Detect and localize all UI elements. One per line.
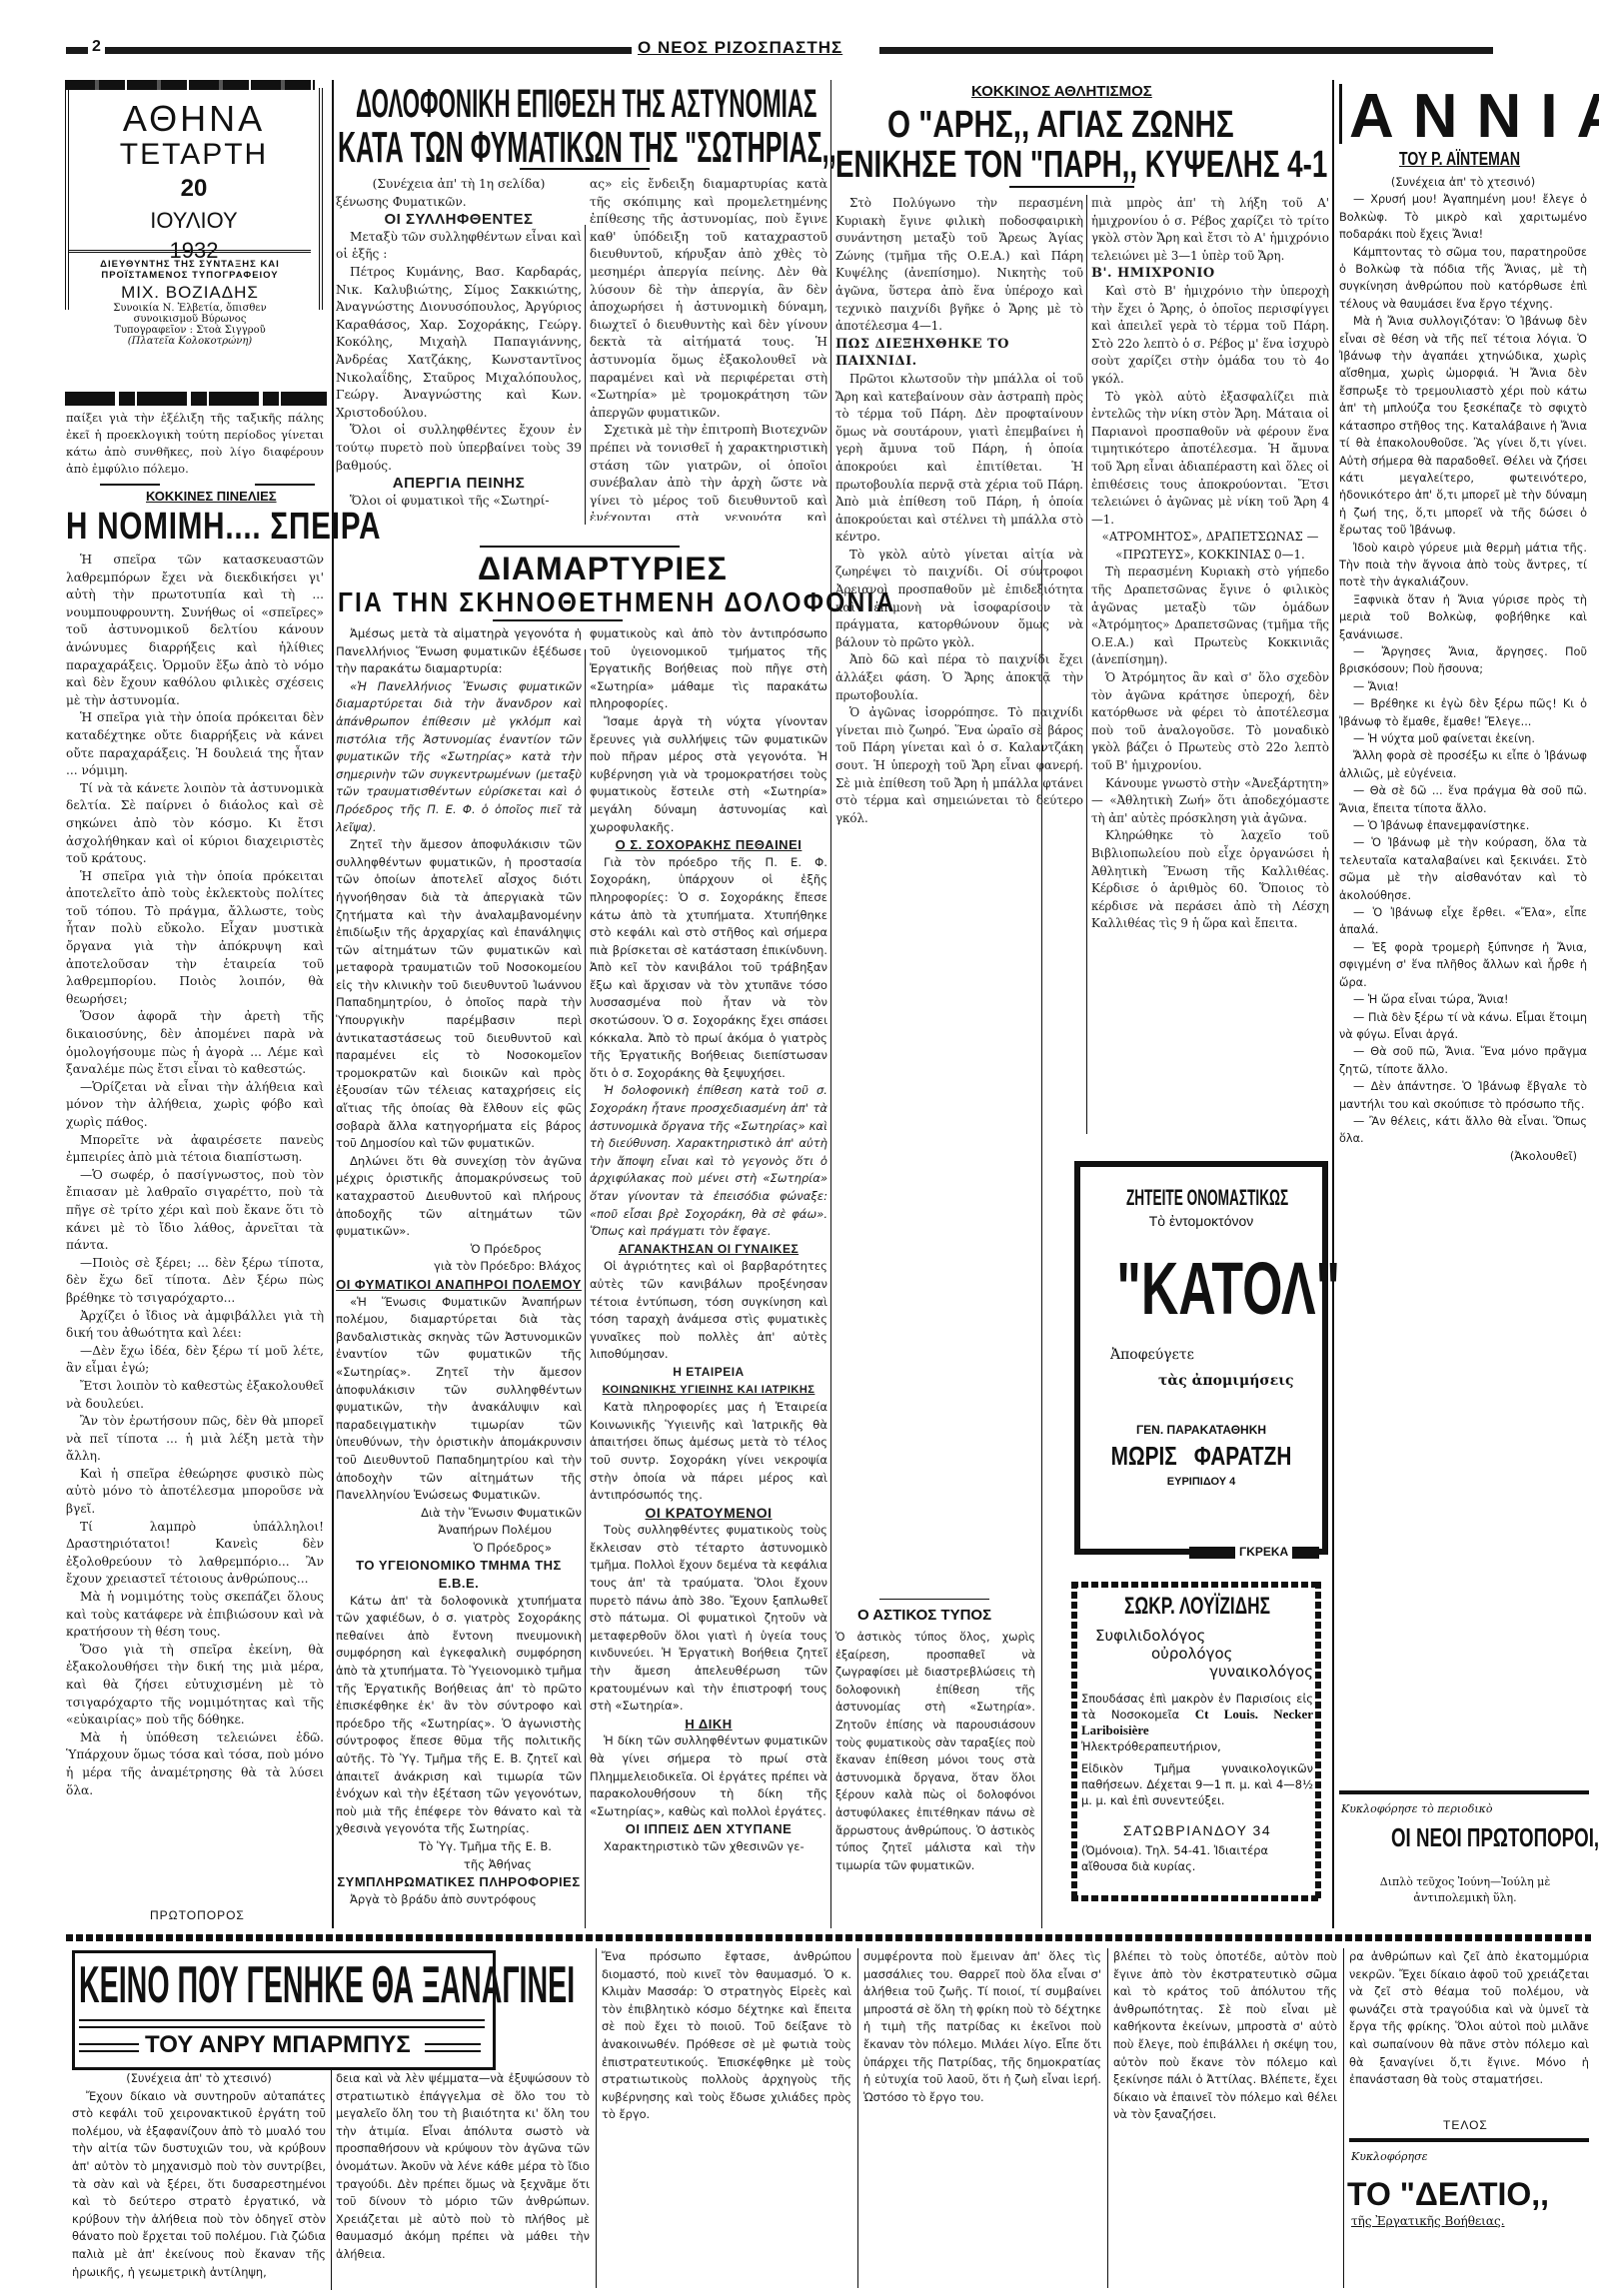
doctor-spec-3: γυναικολόγος — [1081, 1663, 1313, 1681]
police-para: ας» εἰς ἔνδειξη διαμαρτυρίας κατὰ τῆς σκ… — [590, 176, 827, 422]
veterans-signature: Διὰ τὴν Ἕνωσιν Φυματικῶν — [336, 1505, 582, 1523]
protest-headline-1: ΔΙΑΜΑΡΤΥΡΙΕΣ — [478, 553, 728, 584]
sports-para-match: «ΑΤΡΟΜΗΤΟΣ», ΔΡΑΠΕΤΣΩΝΑΣ — «ΠΡΩΤΕΥΣ», ΚΟ… — [1091, 529, 1329, 564]
doctor-ad-border-top — [1071, 1582, 1321, 1588]
info-para: Ἀργὰ τὸ βράδυ ἀπὸ συντρόφους — [336, 1891, 582, 1909]
left-signature: ΠΡΩΤΟΠΟΡΟΣ — [150, 1908, 245, 1922]
protest-col2: φυματικοὺς καὶ ἀπὸ τὸν ἀντιπρόσωπο τοῦ ὑ… — [590, 625, 827, 1929]
director-title-1: ΔΙΕΥΘΥΝΤΗΣ ΤΗΣ ΣΥΝΤΑΞΗΣ ΚΑΙ — [69, 259, 311, 270]
page-number: 2 — [88, 38, 105, 56]
sports-para: Καὶ στὸ Β' ἡμιχρόνιο τὴν ὑπεροχὴ τὴν ἔχε… — [1091, 283, 1329, 389]
police-headline-underline — [520, 168, 650, 170]
annia-para: — Θὰ σὲ δῶ ... ἕνα πράγμα θὰ σοῦ πῶ. Ἄνι… — [1339, 782, 1587, 817]
annia-to-be-continued: (Ἀκολουθεῖ) — [1339, 1148, 1587, 1165]
sports-para: Τὸ γκὸλ αὐτὸ ἐξασφαλίζει πιὰ ἐντελῶς τὴν… — [1091, 389, 1329, 530]
protest-para: Δηλώνει ὅτι θὰ συνεχίσῃ τὸν ἀγῶνα μέχρις… — [336, 1153, 582, 1241]
katol-street: ΕΥΡΙΠΙΔΟΥ 4 — [1080, 1476, 1322, 1488]
sports-para: Ὁ Ἀτρόμητος ἂν καὶ σ' ὅλο σχεδὸν τὸν ἀγῶ… — [1091, 669, 1329, 775]
barbusse-box: ΚΕΙΝΟ ΠΟΥ ΓΕΝΗΚΕ ΘΑ ΞΑΝΑΓΙΝΕΙ ΤΟΥ ΑΝΡΥ Μ… — [72, 1950, 496, 2070]
barbusse-end: ΤΕΛΟΣ — [1443, 2118, 1488, 2132]
doctor-ad-border-bottom — [1071, 1895, 1321, 1901]
date-city: ΑΘΗΝΑ — [69, 100, 319, 138]
annia-para: — Πιὰ δὲν ξέρω τί νὰ κάνω. Εἶμαι ἕτοιμη … — [1339, 1009, 1587, 1044]
sports-para: Στὸ Πολύγωνο τὴν περασμένη Κυριακὴ ἔγινε… — [835, 195, 1083, 336]
address-3: Τυπογραφεῖον : Στοὰ Σιγγροῦ — [69, 325, 311, 336]
address-4: (Πλατεῖα Κολοκοτρώνη) — [69, 336, 311, 347]
health-para: Κάτω ἀπ' τὰ δολοφονικὰ χτυπήματα τῶν χαφ… — [336, 1593, 582, 1838]
police-para: Ὅλοι οἱ φυματικοὶ τῆς «Σωτηρί- — [336, 493, 582, 511]
left-article-body: Ἡ σπεῖρα τῶν κατασκευαστῶν λαθρεμπόρων ἔ… — [66, 552, 324, 1912]
col-rule — [857, 1948, 858, 2288]
left-para: Ἡ σπεῖρα τῶν κατασκευαστῶν λαθρεμπόρων ἔ… — [66, 552, 324, 709]
left-para: Μὰ ἡ νομιμότης τοὺς σκεπάζει ὅλους καὶ τ… — [66, 1589, 324, 1642]
sports-para: Τὴ περασμένη Κυριακὴ στὸ γήπεδο τῆς Δραπ… — [1091, 564, 1329, 669]
annia-para: — Ὁ Ἰβάνωφ εἶχε ἔρθει. «Ἔλα», εἶπε ἀπαλά… — [1339, 904, 1587, 939]
sports-headline-2: ΕΝΙΚΗΣΕ ΤΟΝ "ΠΑΡΗ,, ΚΥΨΕΛΗΣ 4-1 — [835, 146, 1327, 184]
katol-warning-2: τὰς ἀπομιμήσεις — [1158, 1373, 1322, 1389]
women-subhead: ΑΓΑΝΑΚΤΗΣΑΝ ΟΙ ΓΥΝΑΙΚΕΣ — [590, 1241, 827, 1259]
horse-subhead: ΟΙ ΙΠΠΕΙΣ ΔΕΝ ΧΤΥΠΑΝΕ — [590, 1820, 827, 1838]
annia-para: — Ἄργησες Ἄνια, ἄργησες. Ποῦ βρισκόσουν;… — [1339, 643, 1587, 678]
col-rule — [596, 1948, 597, 2288]
police-col1: (Συνέχεια ἀπ' τὴ 1η σελίδα) ξένωσης Φυμα… — [336, 176, 582, 526]
press-text: Ὁ ἀστικὸς τύπος ὅλος, χωρὶς ἐξαίρεση, πρ… — [835, 1629, 1035, 1928]
col-rule — [1332, 80, 1334, 1928]
katol-tag: ΓΚΡΕΚΑ — [1235, 1545, 1292, 1559]
left-para: Μὰ ἡ ὑπόθεση τελειώνει ἐδῶ. Ὑπάρχουν ὅμω… — [66, 1729, 324, 1799]
col-rule — [1086, 195, 1087, 1134]
police-subhead-hunger-strike: ΑΠΕΡΓΙΑ ΠΕΙΝΗΣ — [336, 475, 582, 493]
left-para: Ὅσον ἀφορᾶ τὴν ἀρετὴ τῆς δικαιοσύνης, δὲ… — [66, 1008, 324, 1078]
left-para: Τί νὰ τὰ κάνετε λοιπὸν τὰ ἀστυνομικὰ δελ… — [66, 780, 324, 868]
press-divider — [879, 1599, 989, 1600]
deltio-label: Κυκλοφόρησε — [1351, 2150, 1428, 2163]
date-month: ΙΟΥΛΙΟΥ — [69, 206, 319, 236]
protest-signature: Ὁ Πρόεδρος — [336, 1241, 582, 1259]
pioneers-text: Διπλὸ τεῦχος Ἰούνη—Ἰούλη μὲ ἀντιπολεμικὴ… — [1341, 1874, 1589, 1906]
court-subhead: Η ΔΙΚΗ — [590, 1716, 827, 1733]
katol-depot: ΓΕΝ. ΠΑΡΑΚΑΤΑΘΗΚΗ — [1080, 1423, 1322, 1437]
left-para: Ἡ σπεῖρα γιὰ τὴν ὁποία πρόκειται ἀποτελε… — [66, 868, 324, 1009]
veterans-signature: Ἀναπήρων Πολέμου — [336, 1522, 582, 1540]
barbusse-col5: βλέπει τὸ τοὺς ὁποτέδε, αὐτὸν ποὺ ἔγινε … — [1113, 1948, 1337, 2290]
press-title: Ο ΑΣΤΙΚΟΣ ΤΥΠΟΣ — [857, 1607, 991, 1624]
col-rule — [331, 2070, 332, 2290]
barbusse-continuation: (Συνέχεια ἀπ' τὸ χτεσινό) — [72, 2070, 326, 2088]
police-headline-1: ΔΟΛΟΦΟΝΙΚΗ ΕΠΙΘΕΣΗ ΤΗΣ ΑΣΤΥΝΟΜΙΑΣ — [356, 84, 816, 124]
doctor-ad: ΣΩΚΡ. ΛΟΥΪΖΙΔΗΣ Συφιλιδολόγος οὐρολόγος … — [1081, 1593, 1313, 1874]
left-para: Καὶ ἡ σπεῖρα ἐθεώρησε φυσικὸ πὼς αὐτὸ μό… — [66, 1466, 324, 1519]
protest-headline-2: ΓΙΑ ΤΗΝ ΣΚΗΝΟΘΕΤΗΜΕΝΗ ΔΟΛΟΦΟΝΙΑ — [338, 588, 896, 616]
protest-para: Ζητεῖ τὴν ἄμεσον ἀποφυλάκισιν τῶν συλληφ… — [336, 836, 582, 1153]
police-col2: ας» εἰς ἔνδειξη διαμαρτυρίας κατὰ τῆς σκ… — [590, 176, 827, 521]
masthead-rule-right — [879, 47, 1493, 54]
annia-para: — Βρέθηκε κι ἐγὼ δὲν ξέρω πῶς! Κι ὁ Ἰβάν… — [1339, 695, 1587, 730]
sports-subhead-second-half: Β'. ΗΜΙΧΡΟΝΙΟ — [1091, 265, 1329, 283]
held-para: Τοὺς συλληφθέντες φυματικοὺς τοὺς ἔκλεισ… — [590, 1522, 827, 1716]
sports-para: πιὰ μπρὸς ἀπ' τὴ λήξη τοῦ Α' ἡμιχρονίου … — [1091, 195, 1329, 265]
annia-para: — Ὁ Ἰβάνωφ μὲ τὴν κούραση, ὅλα τὰ τελευτ… — [1339, 834, 1587, 904]
protest-top-rule — [480, 546, 680, 548]
barbusse-col4: συμφέροντα ποὺ ἔμειναν ἀπ' ὅλες τὶς μασσ… — [863, 1948, 1101, 2290]
doctor-text-2: Ἠλεκτρόθεραπευτήριον, — [1081, 1738, 1313, 1754]
doctor-text: Σπουδάσας ἐπὶ μακρὸν ἐν Παρισίοις εἰς τὰ… — [1081, 1691, 1313, 1808]
annia-para: — Ἡ νύχτα μοῦ φαίνεται ἐκείνη. — [1339, 730, 1587, 747]
annia-body: (Συνέχεια ἀπ' τὸ χτεσινό) — Χρυσή μου! Ἀ… — [1339, 174, 1587, 1772]
doctor-address: ΣΑΤΩΒΡΙΑΝΔΟΥ 34 — [1081, 1822, 1313, 1838]
sports-kicker: ΚΟΚΚΙΝΟΣ ΑΘΛΗΤΙΣΜΟΣ — [971, 84, 1152, 99]
deltio-top-rule — [1349, 2138, 1589, 2142]
barbusse-author: ΤΟΥ ΑΝΡΥ ΜΠΑΡΜΠΥΣ — [145, 2031, 411, 2059]
annia-box-left — [1339, 84, 1342, 144]
pioneers-title: ΟΙ ΝΕΟΙ ΠΡΩΤΟΠΟΡΟΙ, — [1391, 1824, 1599, 1850]
company-subhead-1: Η ΕΤΑΙΡΕΙΑ — [590, 1364, 827, 1382]
women-para: Οἱ ἀγριότητες καὶ οἱ βαρβαρότητες αὐτὲς … — [590, 1258, 827, 1364]
barbusse-col2: δεια καὶ νὰ λὲν ψέμματα—νὰ ἐξυψώσουν τὸ … — [336, 2070, 590, 2290]
katol-top-line: ΖΗΤΕΙΤΕ ΟΝΟΜΑΣΤΙΚΩΣ — [1126, 1185, 1276, 1211]
col-rule — [585, 649, 586, 1928]
police-para: Σχετικὰ μὲ τὴν ἐπιτροπὴ Βιοτεχνῶν πρέπει… — [590, 422, 827, 521]
veterans-subhead: ΟΙ ΦΥΜΑΤΙΚΟΙ ΑΝΑΠΗΡΟΙ ΠΟΛΕΜΟΥ — [336, 1276, 582, 1294]
annia-para: Ἄλλη φορὰ σὲ προσέξω κι εἶπε ὁ Ἰβάνωφ ἀλ… — [1339, 747, 1587, 782]
protest-underline — [493, 619, 623, 621]
annia-title: ΑΝΝΙΑ — [1349, 86, 1599, 148]
masthead-rule-left — [66, 47, 632, 54]
annia-para: — Ἄνια! — [1339, 678, 1587, 695]
left-para: Ἔτσι λοιπὸν τὸ καθεστὼς ἐξακολουθεῖ νὰ δ… — [66, 1378, 324, 1413]
health-subhead: ΤΟ ΥΓΕΙΟΝΟΜΙΚΟ ΤΜΗΜΑ ΤΗΣ Ε.Β.Ε. — [336, 1557, 582, 1592]
health-signature: Τὸ Ὑγ. Τμῆμα τῆς Ε. Β. — [336, 1838, 582, 1856]
police-lead: ξένωσης Φυματικῶν. — [336, 194, 582, 212]
annia-para: Ἰδοὺ καιρὸ γύρευε μιὰ θερμὴ μάτια τῆς. Τ… — [1339, 540, 1587, 591]
sports-para: Ὁ ἀγῶνας ἰσορρόπησε. Τὸ παιχνίδι γίνεται… — [835, 704, 1083, 827]
barbusse-headline: ΚΕΙΝΟ ΠΟΥ ΓΕΝΗΚΕ ΘΑ ΞΑΝΑΓΙΝΕΙ — [79, 1959, 309, 2011]
doctor-spec-1: Συφιλιδολόγος — [1095, 1627, 1313, 1645]
protest-para: φυματικοὺς καὶ ἀπὸ τὸν ἀντιπρόσωπο τοῦ ὑ… — [590, 625, 827, 713]
sports-col2: πιὰ μπρὸς ἀπ' τὴ λήξη τοῦ Α' ἡμιχρονίου … — [1091, 195, 1329, 1134]
sports-col1: Στὸ Πολύγωνο τὴν περασμένη Κυριακὴ ἔγινε… — [835, 195, 1083, 1134]
died-para: Γιὰ τὸν πρόεδρο τῆς Π. Ε. Φ. Σοχοράκη, ὑ… — [590, 854, 827, 1083]
horse-para: Χαρακτηριστικὸ τῶν χθεσινῶν γε- — [590, 1838, 827, 1856]
left-para: Τί λαμπρὸ ὑπάλληλοι! Δραστηριότατοι! Καν… — [66, 1519, 324, 1589]
katol-brand: "ΚΑΤΟΛ" — [1116, 1247, 1285, 1331]
barbusse-double-rule — [79, 2019, 485, 2028]
sports-headline-1: Ο "ΑΡΗΣ,, ΑΓΙΑΣ ΖΩΝΗΣ — [887, 106, 1234, 144]
col-rule — [332, 80, 334, 1928]
deltio-title: ΤΟ "ΔΕΛΤΙΟ,, — [1347, 2178, 1549, 2210]
left-para: —Ποιὸς σὲ ξέρει; ... δὲν ξέρω τίποτα, δὲ… — [66, 1255, 324, 1308]
barbusse-para: Ἔχουν δίκαιο νὰ συντηροῦν αὐταπάτες στὸ … — [72, 2088, 326, 2282]
director-block: ΔΙΕΥΘΥΝΤΗΣ ΤΗΣ ΣΥΝΤΑΞΗΣ ΚΑΙ ΠΡΟΪΣΤΑΜΕΝΟΣ… — [69, 250, 311, 347]
protest-col1: Ἀμέσως μετὰ τὰ αἱματηρὰ γεγονότα ἡ Πανελ… — [336, 625, 582, 1929]
veterans-signature: Ὁ Πρόεδρος» — [336, 1540, 582, 1558]
katol-subtitle: Τὸ ἐντομοκτόνον — [1080, 1213, 1322, 1229]
protest-signature: γιὰ τὸν Πρόεδρο: Βλάχος — [336, 1258, 582, 1276]
sports-para: Κληρώθηκε τὸ λαχεῖο τοῦ Βιβλιοπωλείου πο… — [1091, 827, 1329, 933]
left-para: Ἡ σπεῖρα γιὰ τὴν ὁποία πρόκειται δὲν κατ… — [66, 709, 324, 779]
left-para: Ἀρχίζει ὁ ἴδιος νὰ ἀμφιβάλλει γιὰ τὴ δικ… — [66, 1308, 324, 1343]
pioneers-label: Κυκλοφόρησε τὸ περιοδικὸ — [1341, 1802, 1493, 1815]
barbusse-col1: (Συνέχεια ἀπ' τὸ χτεσινό) Ἔχουν δίκαιο ν… — [72, 2070, 326, 2290]
protest-para: Ἴσαμε ἀργὰ τὴ νύχτα γίνονταν ἔρευνες γιὰ… — [590, 713, 827, 836]
police-headline-2: ΚΑΤΑ ΤΩΝ ΦΥΜΑΤΙΚΩΝ ΤΗΣ "ΣΩΤΗΡΙΑΣ,, — [338, 126, 836, 170]
sports-subhead-how: ΠΩΣ ΔΙΕΞΗΧΘΗΚΕ ΤΟ ΠΑΙΧΝΙΔΙ. — [835, 336, 1083, 371]
section-separator — [66, 1934, 1591, 1941]
annia-para: — Θὰ σοῦ πῶ, Ἄνια. Ἕνα μόνο πρᾶγμα ζητῶ,… — [1339, 1043, 1587, 1078]
annia-para: — Χρυσή μου! Ἀγαπημένη μου! ἔλεγε ὁ Βολκ… — [1339, 191, 1587, 243]
company-para: Κατὰ πληροφορίες μας ἡ Ἑταιρεία Κοινωνικ… — [590, 1399, 827, 1505]
protest-para: «Ἡ Πανελλήνιος Ἕνωσις φυματικῶν διαμαρτύ… — [336, 678, 582, 836]
annia-para: — Ἐξ φορὰ τρομερὴ ξύπνησε ἡ Ἄνια, σφιγμέ… — [1339, 939, 1587, 991]
sports-para: Πρῶτοι κλωτσοῦν τὴν μπάλλα οἱ τοῦ Ἄρη κα… — [835, 371, 1083, 547]
died-para: Ἡ δολοφονικὴ ἐπίθεση κατὰ τοῦ σ. Σοχοράκ… — [590, 1082, 827, 1240]
annia-para: Ξαφνικὰ ὅταν ἡ Ἄνια γύρισε πρὸς τὴ μεριὰ… — [1339, 591, 1587, 643]
police-subhead-arrested: ΟΙ ΣΥΛΛΗΦΘΕΝΤΕΣ — [336, 211, 582, 229]
address-1: Συνοικία Ν. Ἐλβετία, ὄπισθεν — [69, 303, 311, 314]
left-kicker: ΚΟΚΚΙΝΕΣ ΠΙΝΕΛΙΕΣ — [146, 490, 277, 503]
annia-para: — Δὲν ἀπάντησε. Ὁ Ἰβάνωφ ἔβγαλε τὸ μαντή… — [1339, 1078, 1587, 1113]
col-rule — [830, 80, 831, 1928]
court-para: Ἡ δίκη τῶν συλληφθέντων φυματικῶν θὰ γίν… — [590, 1732, 827, 1820]
annia-para: Κάμπτοντας τὸ σῶμα του, παρατηροῦσε ὁ Βο… — [1339, 244, 1587, 314]
left-para: —Ὁρίζεται νὰ εἶναι τὴν ἀλήθεια καὶ μόνον… — [66, 1079, 324, 1132]
sports-para: Ἀπὸ δῶ καὶ πέρα τὸ παιχνίδι ἔχει ἀλλάξει… — [835, 651, 1083, 704]
col-rule — [1343, 1948, 1344, 2288]
doctor-text-3: Εἰδικὸν Τμῆμα γυναικολογικῶν παθήσεων. Δ… — [1081, 1760, 1313, 1808]
police-para: Μεταξὺ τῶν συλληφθέντων εἶναι καὶ οἱ ἑξῆ… — [336, 229, 582, 264]
director-title-2: ΠΡΟΪΣΤΑΜΕΝΟΣ ΤΥΠΟΓΡΑΦΕΙΟΥ — [69, 270, 311, 281]
doctor-ad-border-left — [1071, 1582, 1077, 1901]
sports-underline — [1009, 186, 1134, 188]
left-divider-2 — [255, 484, 315, 486]
col-rule — [585, 225, 586, 525]
info-subhead: ΣΥΜΠΛΗΡΩΜΑΤΙΚΕΣ ΠΛΗΡΟΦΟΡΙΕΣ — [336, 1873, 582, 1891]
left-para: Ὅσο γιὰ τὴ σπεῖρα ἐκείνη, θὰ ἐξακολουθήσ… — [66, 1642, 324, 1729]
left-divider — [100, 484, 160, 486]
died-subhead: Ο Σ. ΣΟΧΟΡΑΚΗΣ ΠΕΘΑΙΝΕΙ — [590, 836, 827, 854]
left-para: Ἂν τὸν ἐρωτήσουν πῶς, δὲν θὰ μπορεῖ νὰ π… — [66, 1413, 324, 1466]
barbusse-author-rule-l — [79, 2043, 139, 2052]
col-rule — [1107, 1948, 1108, 2288]
date-day: 20 — [69, 172, 319, 206]
pioneers-top-rule — [1339, 1790, 1589, 1794]
katol-ad: ΖΗΤΕΙΤΕ ΟΝΟΜΑΣΤΙΚΩΣ Τὸ ἐντομοκτόνον "ΚΑΤ… — [1074, 1161, 1328, 1555]
police-para: Πέτρος Κυμάνης, Βασ. Καρδαράς, Νικ. Καλυ… — [336, 264, 582, 422]
left-para: —Ὁ σωφέρ, ὁ πασίγνωστος, ποὺ τὸν ἔπιασαν… — [66, 1167, 324, 1255]
held-subhead: ΟΙ ΚΡΑΤΟΥΜΕΝΟΙ — [590, 1505, 827, 1523]
address-2: συνοικισμοῦ Βύρωνος — [69, 314, 311, 325]
date-box-bottom-bar — [65, 392, 327, 406]
barbusse-col6: ρα ἀνθρώπων καὶ ζεῖ ἀπὸ ἑκατομμύρια νεκρ… — [1349, 1948, 1589, 2088]
barbusse-author-rule-r — [425, 2043, 481, 2052]
health-signature: τῆς Ἀθήνας — [336, 1856, 582, 1874]
annia-continuation: (Συνέχεια ἀπ' τὸ χτεσινό) — [1339, 174, 1587, 191]
company-subhead-2: ΚΟΙΝΩΝΙΚΗΣ ΥΓΙΕΙΝΗΣ ΚΑΙ ΙΑΤΡΙΚΗΣ — [590, 1382, 827, 1400]
paper-name: Ο ΝΕΟΣ ΡΙΖΟΣΠΑΣΤΗΣ — [638, 38, 842, 58]
date-weekday: ΤΕΤΑΡΤΗ — [69, 138, 319, 172]
annia-para: — Ὁ Ἰβάνωφ ἐπανεμφανίστηκε. — [1339, 817, 1587, 834]
doctor-spec-2: οὐρολόγος — [1151, 1645, 1313, 1663]
annia-para: — Ἂν θέλεις, κάτι ἄλλο θὰ εἶναι. Ὅπως ὅλ… — [1339, 1113, 1587, 1148]
annia-para: Μὰ ἡ Ἄνια συλλογιζόταν: Ὁ Ἰβάνωφ δὲν εἶν… — [1339, 313, 1587, 539]
director-name: ΜΙΧ. ΒΟΖΙΑΔΗΣ — [69, 283, 311, 303]
continuation-note: (Συνέχεια ἀπ' τὴ 1η σελίδα) — [336, 176, 582, 194]
veterans-para: «Ἡ Ἕνωσις Φυματικῶν Ἀναπήρων πολέμου, δι… — [336, 1294, 582, 1505]
katol-dealer: ΜΩΡΙΣ ΦΑΡΑΤΖΗ — [1104, 1441, 1298, 1472]
barbusse-col3: Ἔνα πρόσωπο ἔφτασε, ἀνθρώπου διομαστό, π… — [602, 1948, 851, 2290]
police-para: Ὅλοι οἱ συλληφθέντες ἔχουν ἐν τούτῳ πυρε… — [336, 422, 582, 475]
left-para: Μπορεῖτε νὰ ἀφαιρέσετε πανεὺς ἐμπειρίες … — [66, 1132, 324, 1167]
doctor-text-4: (Ὀμόνοια). Τηλ. 54-41. Ἰδιαιτέρα αἴθουσα… — [1081, 1842, 1313, 1874]
katol-warning-1: Ἀποφεύγετε — [1110, 1347, 1322, 1363]
annia-author: ΤΟΥ Ρ. ΑΪΝΤΕΜΑΝ — [1399, 150, 1520, 168]
doctor-name: ΣΩΚΡ. ΛΟΥΪΖΙΔΗΣ — [1113, 1593, 1280, 1621]
left-para: —Δὲν ἔχω ἰδέα, δὲν ξέρω τί μοῦ λέτε, ἂν … — [66, 1343, 324, 1378]
protest-para: Ἀμέσως μετὰ τὰ αἱματηρὰ γεγονότα ἡ Πανελ… — [336, 625, 582, 678]
left-intro: παίξει γιὰ τὴν ἐξέλιξη τῆς ταξικῆς πάλης… — [66, 410, 324, 482]
sports-para: Κάνουμε γνωστὸ στὴν «Ἀνεξάρτητη» — «Ἀθλη… — [1091, 775, 1329, 828]
annia-para: — Ἡ ὥρα εἶναι τώρα, Ἄνια! — [1339, 991, 1587, 1008]
deltio-text: τῆς Ἐργατικῆς Βοήθειας. — [1351, 2214, 1505, 2228]
doctor-ad-border-right — [1315, 1582, 1321, 1901]
sports-para: Τὸ γκὸλ αὐτὸ γίνεται αἰτία νὰ ζωηρέψει τ… — [835, 547, 1083, 652]
